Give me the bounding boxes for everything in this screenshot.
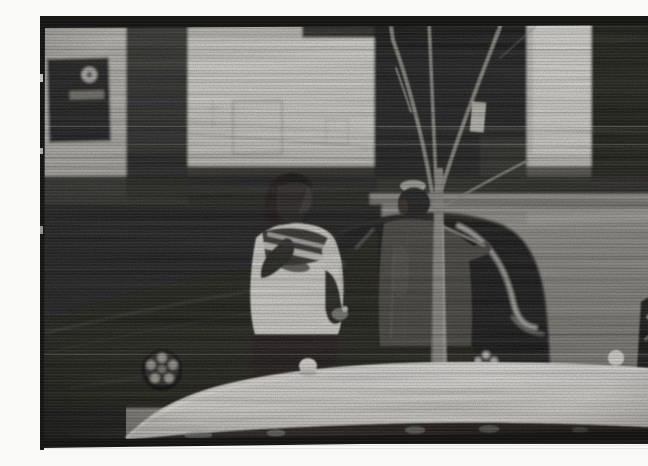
photo-canvas bbox=[40, 16, 648, 450]
surveillance-photo bbox=[40, 16, 648, 450]
vignette bbox=[42, 20, 648, 444]
